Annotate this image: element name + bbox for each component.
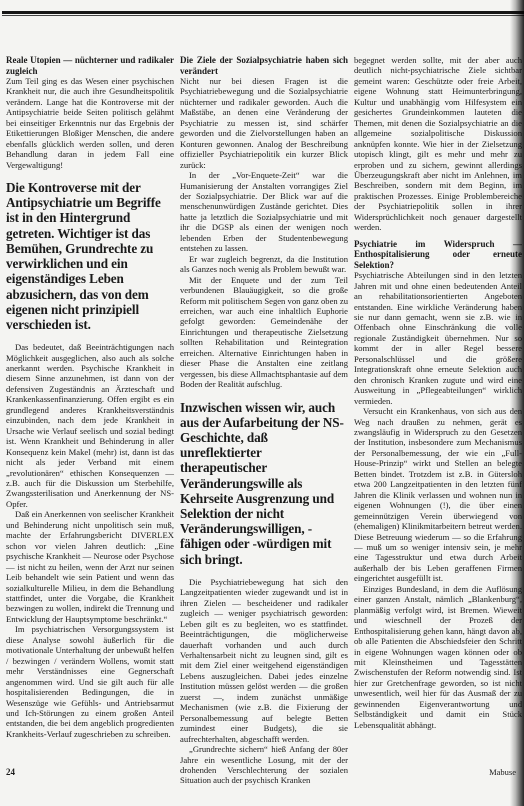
pull-quote: Inzwischen wissen wir, auch aus der Aufa… (180, 400, 348, 567)
body-paragraph: Das bedeutet, daß Beeinträchtigungen nac… (6, 342, 174, 509)
body-paragraph: Er war zugleich begrenzt, da die Institu… (180, 254, 348, 275)
header-rule-thick (2, 11, 524, 14)
text-column-3: begegnet werden sollte, mit der aber auc… (354, 55, 522, 730)
header-rule-thin (2, 15, 524, 16)
body-paragraph: Daß ein Anerkennen von seelischer Krankh… (6, 509, 174, 624)
section-subhead: Psychiatrie im Widerspruch — Enthospital… (354, 239, 522, 271)
section-subhead: Die Ziele der Sozialpsychiatrie haben si… (180, 55, 348, 76)
text-column-2: Die Ziele der Sozialpsychiatrie haben si… (180, 55, 348, 786)
body-paragraph: Mit der Enquete und der zum Teil verbund… (180, 275, 348, 390)
pull-quote: Die Kontroverse mit der Antipsychiatrie … (6, 180, 174, 332)
page-number: 24 (6, 767, 15, 777)
body-paragraph: Einziges Bundesland, in dem die Auflösun… (354, 584, 522, 730)
body-paragraph: In der „Vor-Enquete-Zeit“ war die Humani… (180, 170, 348, 254)
scan-binding-shadow (510, 0, 524, 806)
body-paragraph: Zum Teil ging es das Wesen einer psychis… (6, 76, 174, 170)
body-paragraph: Versucht ein Krankenhaus, von sich aus d… (354, 406, 522, 584)
magazine-page: Reale Utopien — nüchterner und radikaler… (0, 0, 524, 806)
text-column-1: Reale Utopien — nüchterner und radikaler… (6, 55, 174, 739)
body-paragraph: begegnet werden sollte, mit der aber auc… (354, 55, 522, 233)
body-paragraph: „Grundrechte sichern“ hieß Anfang der 80… (180, 744, 348, 786)
body-paragraph: Im psychiatrischen Versorgungssystem ist… (6, 624, 174, 739)
body-paragraph: Psychiatrische Abteilungen sind in den l… (354, 270, 522, 406)
body-paragraph: Die Psychiatriebewegung hat sich den Lan… (180, 577, 348, 744)
section-subhead: Reale Utopien — nüchterner und radikaler… (6, 55, 174, 76)
body-paragraph: Nicht nur bei diesen Fragen ist die Psyc… (180, 76, 348, 170)
